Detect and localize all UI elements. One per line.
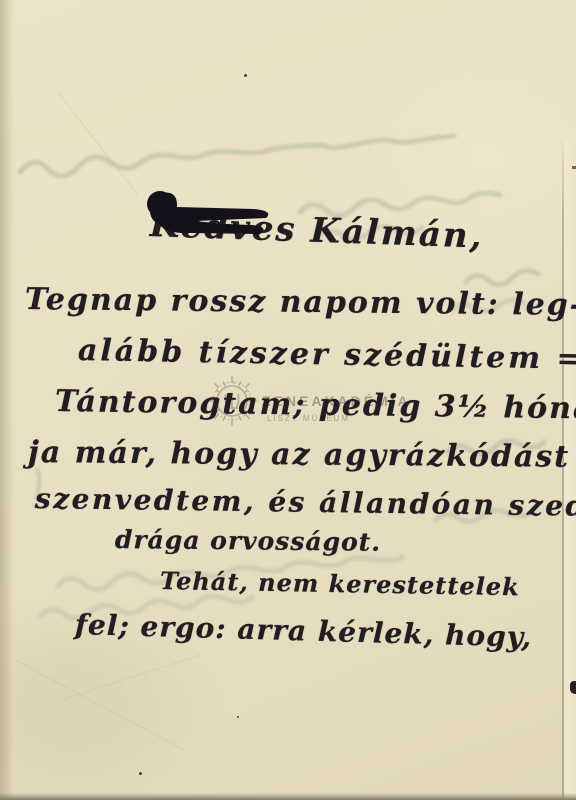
letter-line-1: Tegnap rossz napom volt: leg- xyxy=(25,282,576,323)
letter-line-4: ja már, hogy az agyrázkódást xyxy=(28,435,570,475)
scanned-letter-page: { "document": { "kind": "handwritten-let… xyxy=(0,0,576,800)
ink-blot xyxy=(138,188,288,250)
letter-line-6: drága orvosságot. xyxy=(115,525,381,557)
